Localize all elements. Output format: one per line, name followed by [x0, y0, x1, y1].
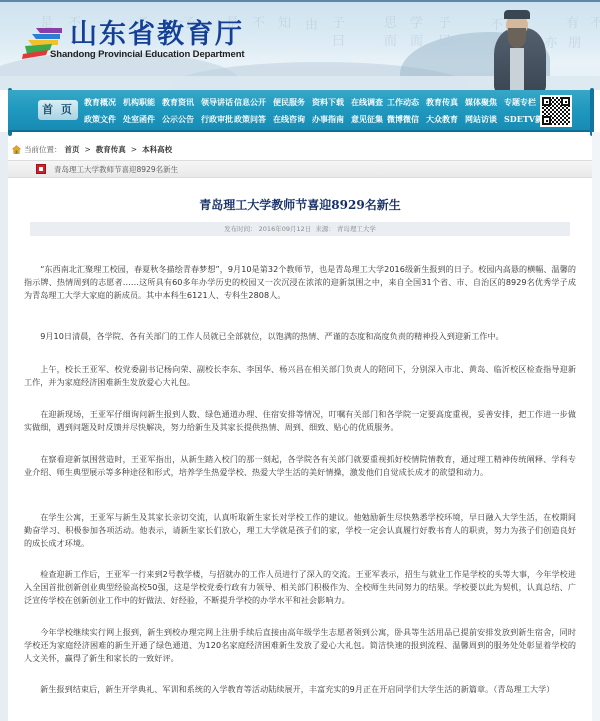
title-strip-text: 青岛理工大学教师节喜迎8929名新生	[54, 163, 178, 176]
article-paragraph: 新生报到结束后，新生开学典礼、军训和系统的入学教育等活动陆续展开，丰富充实的9月…	[24, 683, 576, 696]
publish-label: 发布时间：	[224, 225, 257, 233]
nav-group-2: 信息公开 便民服务 资料下载 在线调查 政策问答 在线咨询 办事指南 意见征集	[234, 95, 383, 129]
article-title-strip: 青岛理工大学教师节喜迎8929名新生	[8, 160, 592, 178]
article-paragraph: 在学生公寓，王亚军与新生及其家长亲切交流，认真听取新生家长对学校工作的建议。他勉…	[24, 511, 576, 551]
calligraphy-char: 有	[566, 12, 579, 31]
nav-home-button[interactable]: 首 页	[38, 100, 78, 120]
calligraphy-char: 朋	[568, 32, 581, 51]
article-paragraph: 在迎新现场，王亚军仔细询问新生报到人数、绿色通道办理、住宿安排等情况，叮嘱有关部…	[24, 408, 576, 434]
calligraphy-char: 子	[332, 12, 345, 31]
calligraphy-char: 学	[410, 12, 423, 31]
header-banner: 是 不 一 子 一 子 是 不 知 由 子 思 学 子 不 有 不 曰 而 而 …	[0, 0, 600, 90]
source-value: 青岛理工大学	[337, 225, 376, 233]
nav-link-xinxi-gongkai[interactable]: 信息公开	[234, 95, 266, 110]
nav-link-weibo-weixin[interactable]: 微博微信	[387, 112, 419, 127]
publish-date: 2016年09月12日	[259, 225, 312, 233]
right-rail	[592, 132, 600, 721]
nav-link-bianmin-fuwu[interactable]: 便民服务	[273, 95, 305, 110]
breadcrumb: 当前位置： 首页 > 教育传真 > 本科高校	[12, 142, 172, 156]
nav-link-dazhong-jiaoyu[interactable]: 大众教育	[426, 112, 458, 127]
nav-link-jigou-zhineng[interactable]: 机构职能	[123, 95, 155, 110]
bullet-square-icon	[36, 164, 46, 174]
nav-link-gongzuo-dongtai[interactable]: 工作动态	[387, 95, 419, 110]
home-icon	[12, 145, 21, 154]
breadcrumb-separator: >	[131, 145, 137, 154]
source-label: 来源：	[315, 225, 335, 233]
nav-link-zhengce-wenda[interactable]: 政策问答	[234, 112, 266, 127]
calligraphy-char: 知	[278, 12, 291, 31]
article-paragraph: 今年学校继续实行网上报到，新生到校办理完网上注册手续后直接由高年级学生志愿者领到…	[24, 626, 576, 666]
breadcrumb-universities-link[interactable]: 本科高校	[142, 144, 172, 155]
calligraphy-char: 曰	[438, 30, 451, 49]
article-meta: 发布时间：2016年09月12日 来源：青岛理工大学	[30, 222, 570, 236]
nav-group-1: 教育概况 机构职能 教育资讯 领导讲话 政策文件 处室函件 公示公告 行政审批	[84, 95, 233, 129]
article-paragraph: “东西南北汇聚理工校园，春夏秋冬描绘青春梦想”，9月10是第32个教师节，也是青…	[24, 263, 576, 303]
nav-link-yijian-zhengji[interactable]: 意见征集	[351, 112, 383, 127]
nav-link-jiaoyu-zixun[interactable]: 教育资讯	[162, 95, 194, 110]
nav-end-cap	[590, 88, 594, 136]
nav-link-wangzhan-fangtan[interactable]: 网站访谈	[465, 112, 497, 127]
nav-link-zhengce-wenjian[interactable]: 政策文件	[84, 112, 116, 127]
nav-link-gongshi-gonggao[interactable]: 公示公告	[162, 112, 194, 127]
nav-link-zaixian-diaocha[interactable]: 在线调查	[351, 95, 383, 110]
page: 是 不 一 子 一 子 是 不 知 由 子 思 学 子 不 有 不 曰 而 而 …	[0, 0, 600, 721]
main-nav: 首 页 教育概况 机构职能 教育资讯 领导讲话 政策文件 处室函件 公示公告 行…	[8, 90, 592, 132]
breadcrumb-label: 当前位置：	[24, 144, 62, 155]
article-paragraph: 检查迎新工作后，王亚军一行来到2号教学楼，与招就办的工作人员进行了深入的交流。王…	[24, 568, 576, 608]
calligraphy-char: 曰	[332, 30, 345, 49]
confucius-figure	[488, 8, 550, 90]
qr-code-icon[interactable]	[540, 95, 572, 127]
nav-link-banshi-zhinan[interactable]: 办事指南	[312, 112, 344, 127]
nav-link-ziliao-xiazai[interactable]: 资料下载	[312, 95, 344, 110]
article-paragraph: 9月10日清晨，各学院、各有关部门的工作人员就已全部就位，以饱满的热情、严谨的态…	[24, 330, 576, 343]
nav-link-zhuanti-zhuanlan[interactable]: 专题专栏	[504, 95, 536, 110]
nav-link-jiaoyu-chuanzhen[interactable]: 教育传真	[426, 95, 458, 110]
calligraphy-char: 不	[590, 12, 600, 31]
article-paragraph: 上午，校长王亚军、校党委副书记杨向荣、副校长李东、李国华、杨兴昌在相关部门负责人…	[24, 363, 576, 389]
nav-link-xingzheng-shenpi[interactable]: 行政审批	[201, 112, 233, 127]
nav-link-zaixian-zixun[interactable]: 在线咨询	[273, 112, 305, 127]
calligraphy-char: 子	[438, 12, 451, 31]
calligraphy-char: 而	[410, 30, 423, 49]
nav-link-meiti-jujiao[interactable]: 媒体聚焦	[465, 95, 497, 110]
site-subtitle: Shandong Provincial Education Department	[50, 49, 244, 60]
calligraphy-char: 思	[384, 12, 397, 31]
site-title: 山东省教育厅	[70, 20, 244, 50]
nav-link-jiaoyu-gaikuang[interactable]: 教育概况	[84, 95, 116, 110]
left-rail	[0, 132, 8, 721]
calligraphy-char: 而	[384, 30, 397, 49]
nav-group-3: 工作动态 教育传真 媒体聚焦 专题专栏 微博微信 大众教育 网站访谈 SDETV…	[387, 95, 551, 129]
breadcrumb-education-fax-link[interactable]: 教育传真	[96, 144, 126, 155]
breadcrumb-home-link[interactable]: 首页	[65, 144, 80, 155]
calligraphy-char: 不	[252, 12, 265, 31]
nav-link-chushi-hanjian[interactable]: 处室函件	[123, 112, 155, 127]
nav-link-lingdao-jianghua[interactable]: 领导讲话	[201, 95, 233, 110]
article-title: 青岛理工大学教师节喜迎8929名新生	[0, 196, 600, 213]
calligraphy-char: 由	[305, 14, 318, 33]
breadcrumb-separator: >	[85, 145, 91, 154]
article-paragraph: 在察看迎新氛围营造时，王亚军指出，从新生踏入校门的那一刻起，各学院各有关部门就要…	[24, 453, 576, 479]
